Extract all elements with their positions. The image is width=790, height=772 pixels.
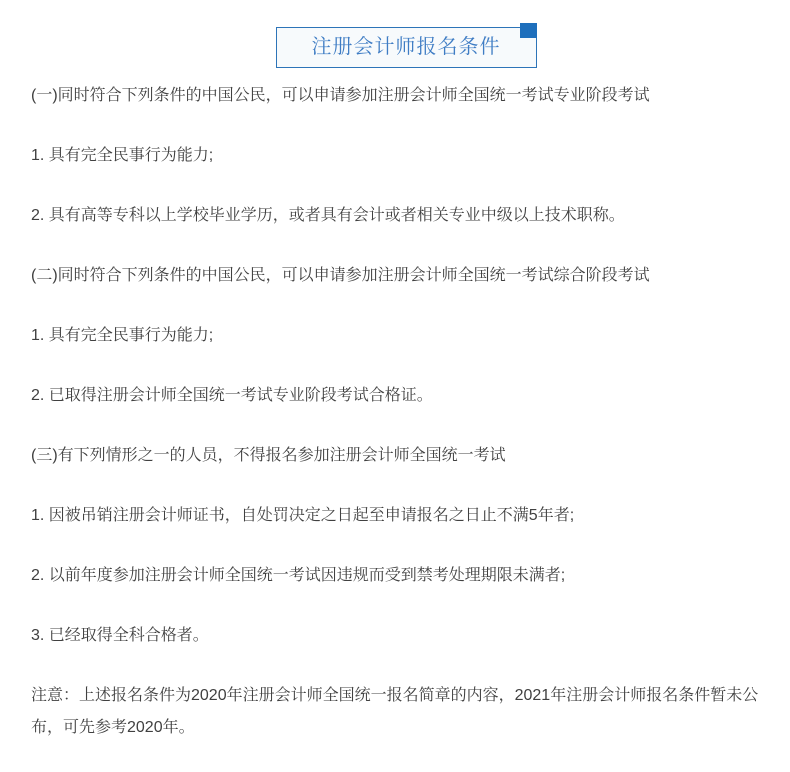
corner-accent [520,23,537,38]
paragraph-item: 3. 已经取得全科合格者。 [31,620,775,652]
paragraph-item: 2. 已取得注册会计师全国统一考试专业阶段考试合格证。 [31,380,775,412]
paragraph-item: 2. 具有高等专科以上学校毕业学历，或者具有会计或者相关专业中级以上技术职称。 [31,200,775,232]
paragraph-item: 1. 具有完全民事行为能力; [31,320,775,352]
paragraph-section-1-heading: (一)同时符合下列条件的中国公民，可以申请参加注册会计师全国统一考试专业阶段考试 [31,80,775,112]
article-page: 注册会计师报名条件 (一)同时符合下列条件的中国公民，可以申请参加注册会计师全国… [0,27,790,744]
paragraph-item: 1. 具有完全民事行为能力; [31,140,775,172]
page-title: 注册会计师报名条件 [276,27,537,68]
article-body: (一)同时符合下列条件的中国公民，可以申请参加注册会计师全国统一考试专业阶段考试… [0,80,790,744]
paragraph-item: 2. 以前年度参加注册会计师全国统一考试因违规而受到禁考处理期限未满者; [31,560,775,592]
paragraph-note: 注意：上述报名条件为2020年注册会计师全国统一报名简章的内容，2021年注册会… [31,680,775,744]
paragraph-item: 1. 因被吊销注册会计师证书，自处罚决定之日起至申请报名之日止不满5年者; [31,500,775,532]
page-title-text: 注册会计师报名条件 [312,36,501,58]
paragraph-section-3-heading: (三)有下列情形之一的人员，不得报名参加注册会计师全国统一考试 [31,440,775,472]
title-wrap: 注册会计师报名条件 [0,27,790,68]
paragraph-section-2-heading: (二)同时符合下列条件的中国公民，可以申请参加注册会计师全国统一考试综合阶段考试 [31,260,775,292]
